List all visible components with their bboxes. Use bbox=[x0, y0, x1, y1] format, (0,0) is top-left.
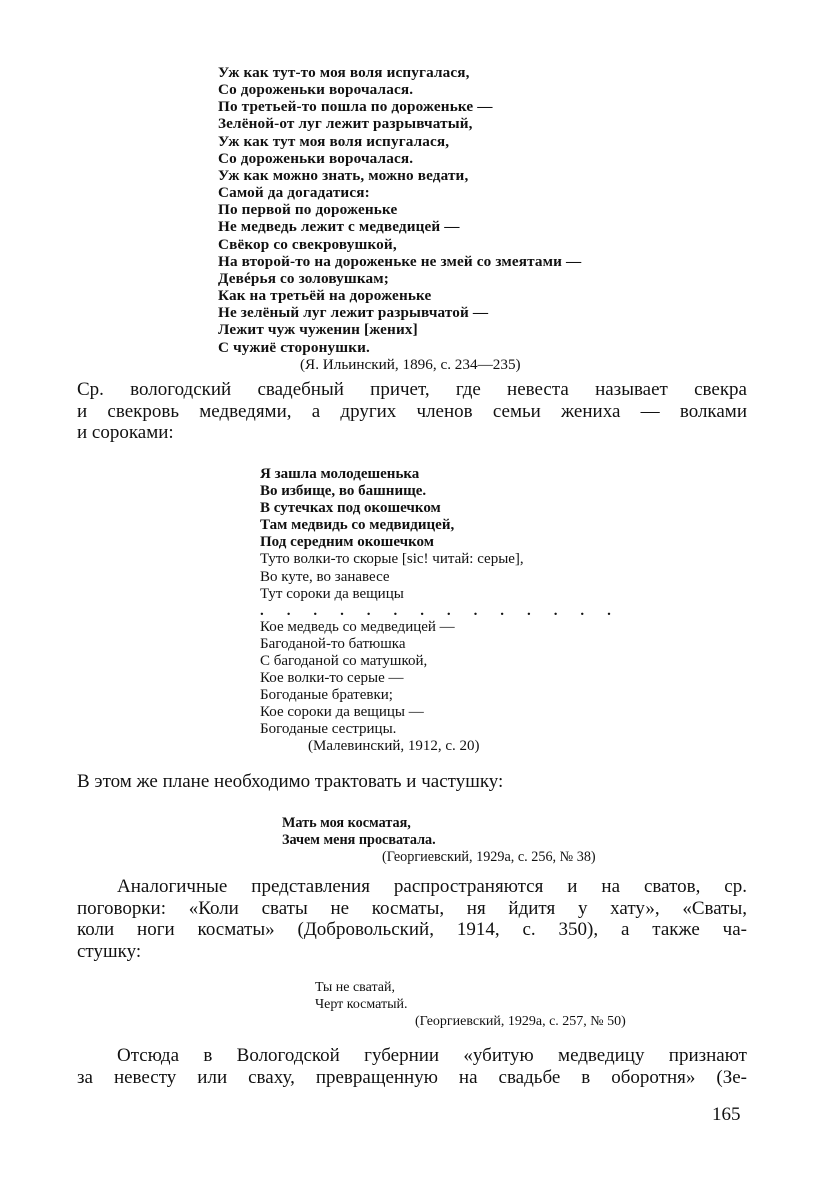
verse-citation: (Малевинский, 1912, с. 20) bbox=[260, 738, 620, 755]
verse-line: Во куте, во занавесе bbox=[260, 569, 620, 586]
verse-line: Я зашла молодешенька bbox=[260, 466, 620, 483]
verse-line: Черт косматый. bbox=[315, 996, 626, 1013]
verse-line: Зелёной-от луг лежит разрывчатый, bbox=[218, 115, 581, 132]
verse-line: По первой по дороженьке bbox=[218, 201, 581, 218]
verse-line: Уж как тут-то моя воля испугалася, bbox=[218, 64, 581, 81]
body-paragraph: В этом же плане необходимо трактовать и … bbox=[77, 771, 747, 793]
verse-line: Во избище, во башнище. bbox=[260, 483, 620, 500]
verse-line: Под середним окошечком bbox=[260, 534, 620, 551]
verse-line: Уж как тут моя воля испугалася, bbox=[218, 133, 581, 150]
verse-citation: (Георгиевский, 1929а, с. 256, № 38) bbox=[282, 849, 596, 866]
chastushka-quote-1: Мать моя косматая, Зачем меня просватала… bbox=[282, 815, 596, 866]
verse-line: По третьей-то пошла по дороженьке — bbox=[218, 98, 581, 115]
verse-line: Мать моя косматая, bbox=[282, 815, 596, 832]
verse-line: Богоданые сестрицы. bbox=[260, 721, 620, 738]
verse-line: Самой да догадатися: bbox=[218, 184, 581, 201]
verse-quote-ilyinsky: Уж как тут-то моя воля испугалася, Со до… bbox=[218, 64, 581, 373]
book-page: Уж как тут-то моя воля испугалася, Со до… bbox=[0, 0, 813, 1191]
verse-line: Туто волки-то скорые [sic! читай: серые]… bbox=[260, 551, 620, 568]
verse-line: Девéрья со золовушкам; bbox=[218, 270, 581, 287]
page-number: 165 bbox=[712, 1104, 741, 1126]
verse-line: Там медвидь со медвидицей, bbox=[260, 517, 620, 534]
paragraph-line: коли ноги косматы» (Добровольский, 1914,… bbox=[77, 919, 747, 941]
verse-line: Кое волки-то серые — bbox=[260, 670, 620, 687]
paragraph-line: за невесту или сваху, превращенную на св… bbox=[77, 1067, 747, 1089]
verse-line: Тут сороки да вещицы bbox=[260, 586, 620, 603]
paragraph-line: В этом же плане необходимо трактовать и … bbox=[77, 771, 747, 793]
paragraph-line: стушку: bbox=[77, 941, 747, 963]
verse-line: Лежит чуж чуженин [жених] bbox=[218, 321, 581, 338]
verse-line: Кое сороки да вещицы — bbox=[260, 704, 620, 721]
body-paragraph: Отсюда в Вологодской губернии «убитую ме… bbox=[77, 1045, 747, 1088]
verse-line: Кое медведь со медведицей — bbox=[260, 619, 620, 636]
paragraph-line: Ср. вологодский свадебный причет, где не… bbox=[77, 379, 747, 401]
paragraph-line: поговорки: «Коли сваты не косматы, ня йд… bbox=[77, 898, 747, 920]
chastushka-quote-2: Ты не сватай, Черт косматый. (Георгиевск… bbox=[315, 979, 626, 1030]
body-paragraph: Ср. вологодский свадебный причет, где не… bbox=[77, 379, 747, 444]
verse-line: Багоданой-то батюшка bbox=[260, 636, 620, 653]
verse-line: Как на третьёй на дороженьке bbox=[218, 287, 581, 304]
verse-quote-malevinsky: Я зашла молодешенька Во избище, во башни… bbox=[260, 466, 620, 756]
verse-line: Не зелёный луг лежит разрывчатой — bbox=[218, 304, 581, 321]
verse-line: Богоданые братевки; bbox=[260, 687, 620, 704]
verse-citation: (Георгиевский, 1929а, с. 257, № 50) bbox=[315, 1013, 626, 1030]
verse-citation: (Я. Ильинский, 1896, с. 234—235) bbox=[218, 356, 581, 373]
paragraph-line: и свекровь медведями, а других членов се… bbox=[77, 401, 747, 423]
body-paragraph: Аналогичные представления распространяют… bbox=[77, 876, 747, 962]
paragraph-line: Отсюда в Вологодской губернии «убитую ме… bbox=[77, 1045, 747, 1067]
verse-line: Со дороженьки ворочалася. bbox=[218, 81, 581, 98]
verse-line: Зачем меня просватала. bbox=[282, 832, 596, 849]
verse-line: В сутечках под окошечком bbox=[260, 500, 620, 517]
verse-line: С багоданой со матушкой, bbox=[260, 653, 620, 670]
verse-ellipsis: . . . . . . . . . . . . . . bbox=[260, 604, 620, 619]
verse-line: Свёкор со свекровушкой, bbox=[218, 236, 581, 253]
verse-line: С чужиё сторонушки. bbox=[218, 339, 581, 356]
verse-line: Не медведь лежит с медведицей — bbox=[218, 218, 581, 235]
verse-line: На второй-то на дороженьке не змей со зм… bbox=[218, 253, 581, 270]
verse-line: Со дороженьки ворочалася. bbox=[218, 150, 581, 167]
paragraph-line: и сороками: bbox=[77, 422, 747, 444]
paragraph-line: Аналогичные представления распространяют… bbox=[77, 876, 747, 898]
verse-line: Ты не сватай, bbox=[315, 979, 626, 996]
verse-line: Уж как можно знать, можно ведати, bbox=[218, 167, 581, 184]
